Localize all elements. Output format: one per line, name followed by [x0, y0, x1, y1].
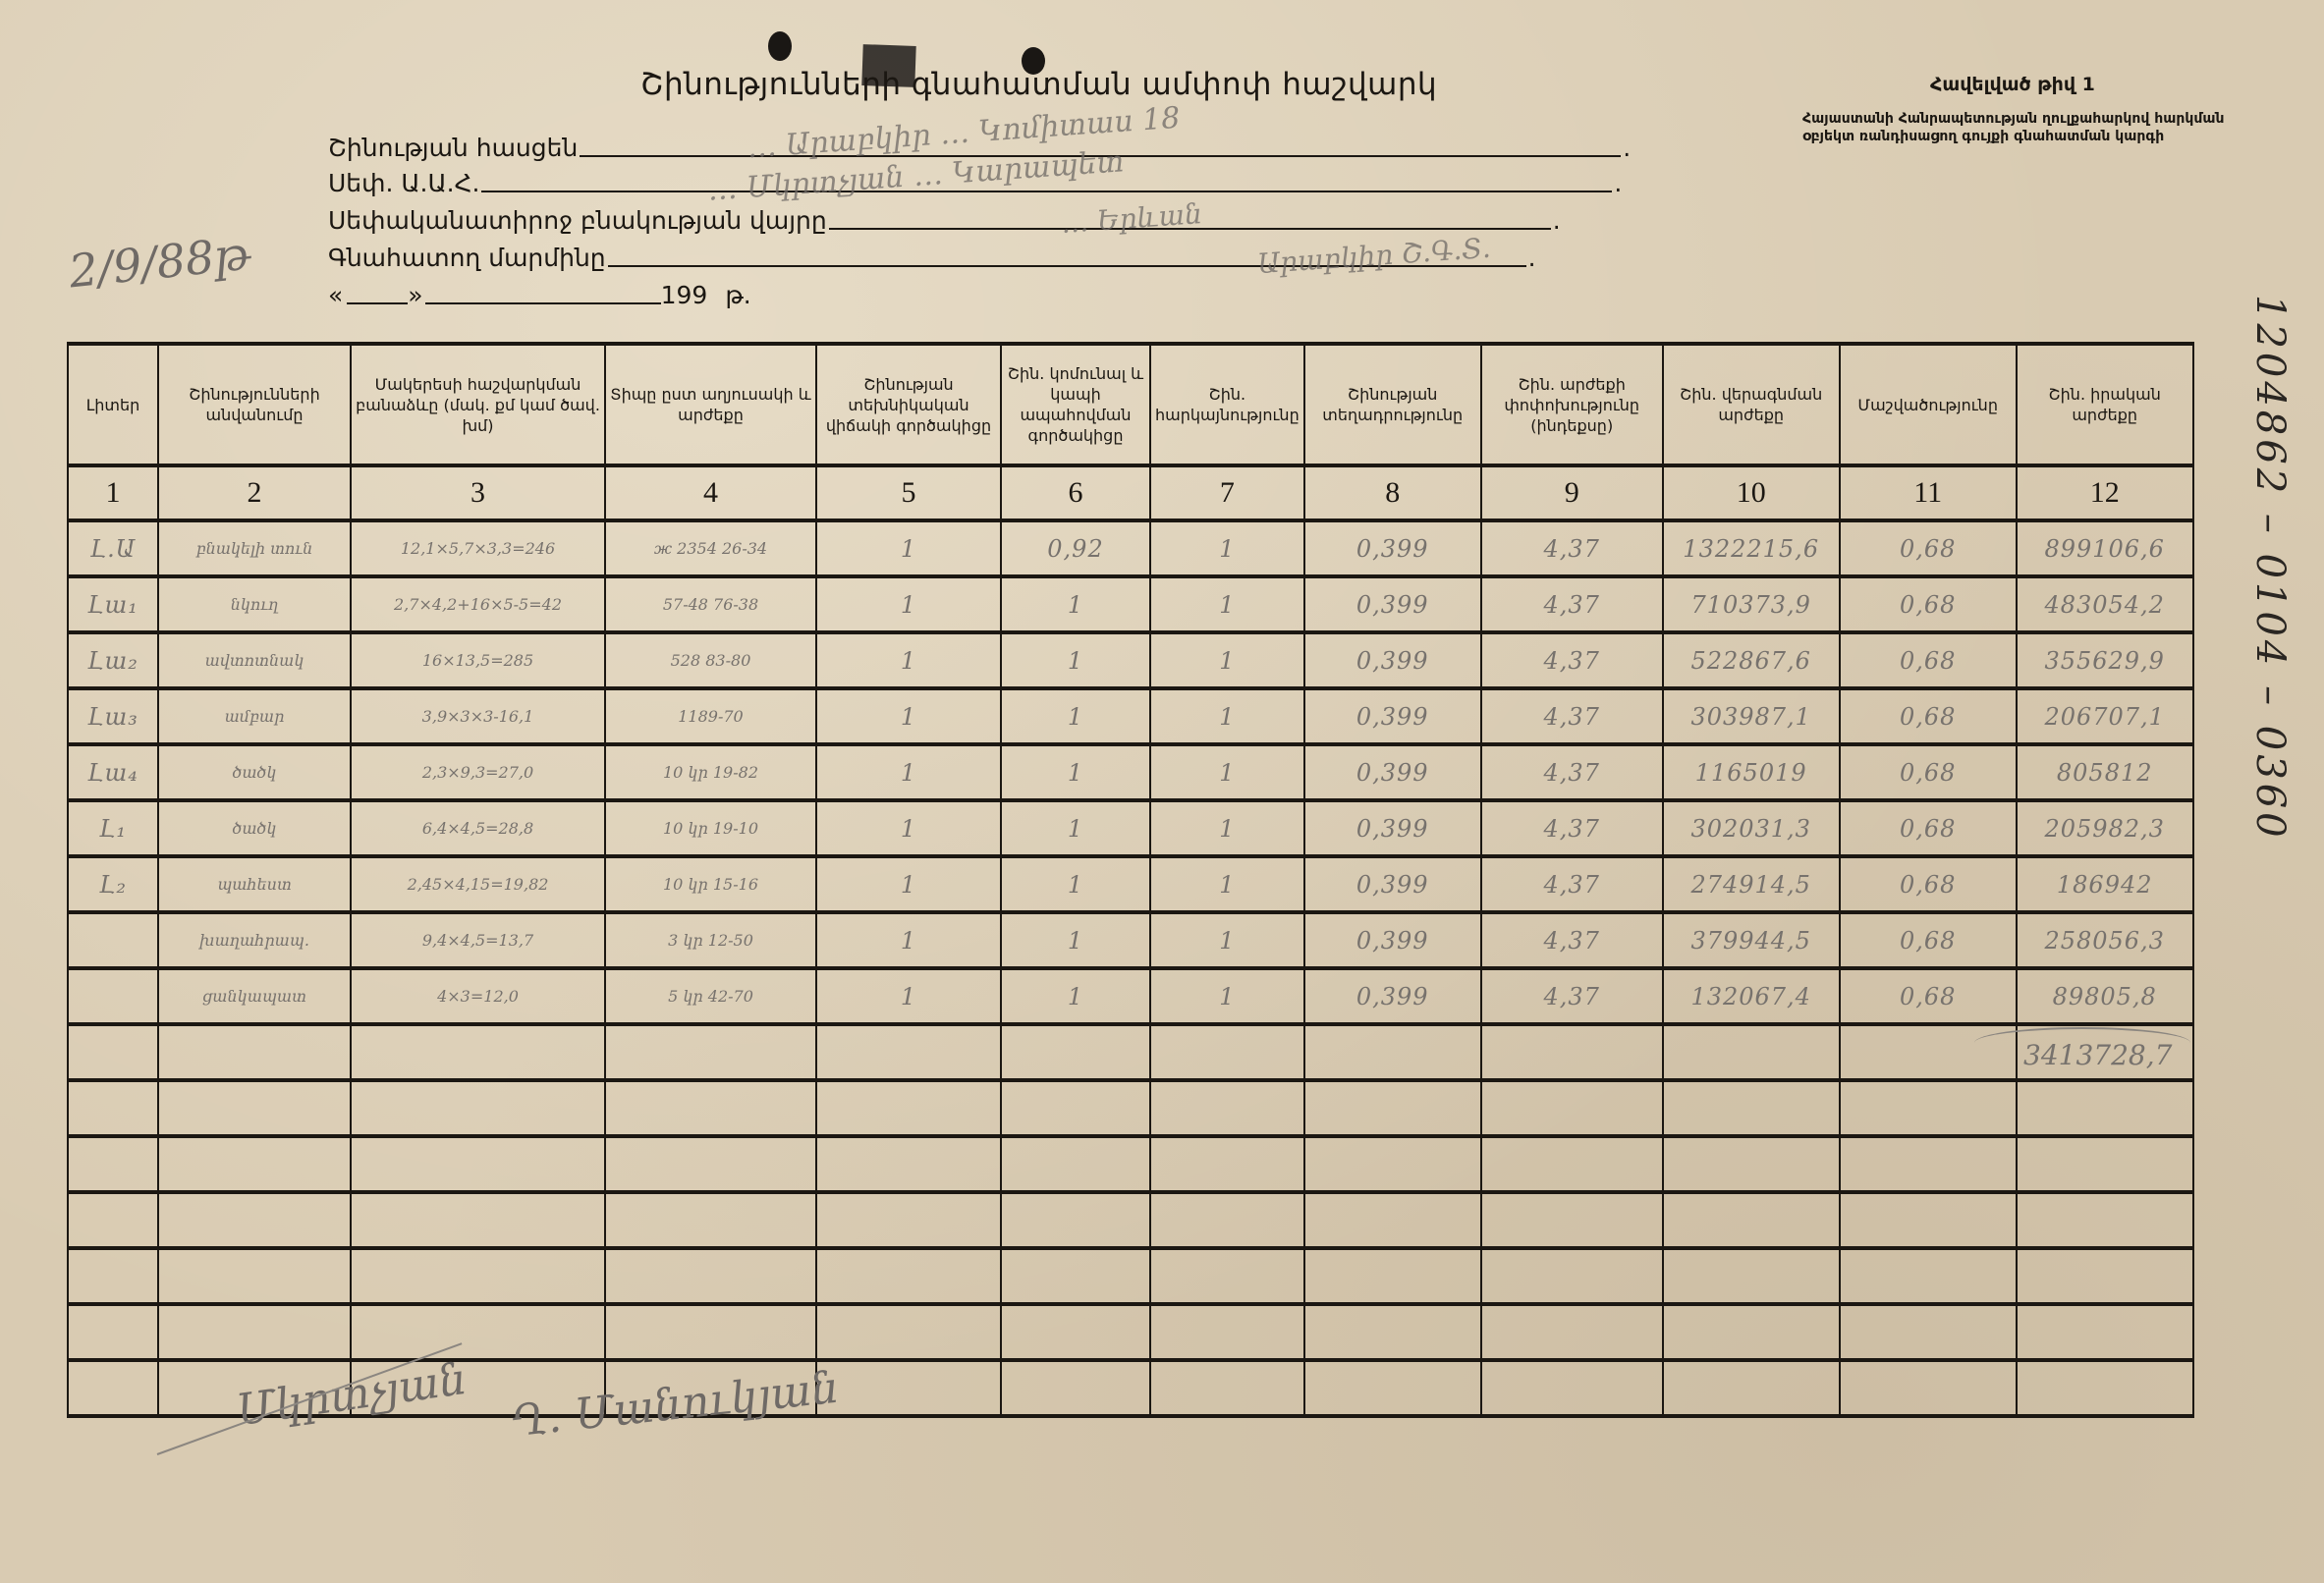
cell-type-value: 3 կր 12-50	[605, 912, 816, 968]
cell-area-formula: 2,45×4,15=19,82	[351, 856, 605, 912]
cell-depreciation: 0,68	[1840, 520, 2017, 576]
cell-replacement-value	[1663, 1024, 1840, 1080]
table-row	[68, 1024, 2193, 1080]
cell-real-value	[2017, 1192, 2193, 1248]
cell-liter: Լա₂	[68, 632, 158, 688]
cell-utilities-coef	[1001, 1192, 1150, 1248]
cell-liter	[68, 968, 158, 1024]
col-number: 12	[2017, 465, 2193, 520]
cell-depreciation: 0,68	[1840, 800, 2017, 856]
cell-location: 0,399	[1304, 688, 1481, 744]
cell-building-name	[158, 1248, 351, 1304]
cell-real-value: 258056,3	[2017, 912, 2193, 968]
cell-real-value	[2017, 1360, 2193, 1416]
cell-location: 0,399	[1304, 632, 1481, 688]
col-number: 6	[1001, 465, 1150, 520]
year-suffix: թ.	[725, 281, 750, 309]
col-number: 5	[816, 465, 1001, 520]
col-number: 3	[351, 465, 605, 520]
cell-type-value: 5 կր 42-70	[605, 968, 816, 1024]
cell-storeys: 1	[1150, 856, 1304, 912]
cell-replacement-value: 1165019	[1663, 744, 1840, 800]
side-file-number: 1204862 – 0104 – 0360	[2247, 295, 2293, 842]
cell-utilities-coef	[1001, 1024, 1150, 1080]
cell-location: 0,399	[1304, 744, 1481, 800]
cell-storeys: 1	[1150, 912, 1304, 968]
cell-real-value: 206707,1	[2017, 688, 2193, 744]
cell-area-formula: 2,7×4,2+16×5-5=42	[351, 576, 605, 632]
cell-technical-condition: 1	[816, 576, 1001, 632]
cell-type-value: 10 կր 19-10	[605, 800, 816, 856]
valuation-table: Լիտեր Շինությունների անվանումը Մակերեսի …	[67, 342, 2194, 1418]
cell-index	[1481, 1248, 1663, 1304]
cell-storeys	[1150, 1136, 1304, 1192]
cell-location	[1304, 1136, 1481, 1192]
col-header-type-value: Տիպը ըստ աղյուսակի և արժեքը	[605, 344, 816, 465]
cell-area-formula: 2,3×9,3=27,0	[351, 744, 605, 800]
cell-real-value: 899106,6	[2017, 520, 2193, 576]
col-number: 4	[605, 465, 816, 520]
cell-location	[1304, 1304, 1481, 1360]
day-line	[347, 302, 408, 304]
cell-utilities-coef	[1001, 1304, 1150, 1360]
cell-depreciation: 0,68	[1840, 856, 2017, 912]
cell-location	[1304, 1360, 1481, 1416]
cell-replacement-value	[1663, 1248, 1840, 1304]
cell-depreciation: 0,68	[1840, 632, 2017, 688]
cell-replacement-value: 132067,4	[1663, 968, 1840, 1024]
cell-replacement-value: 303987,1	[1663, 688, 1840, 744]
cell-replacement-value: 274914,5	[1663, 856, 1840, 912]
col-number: 11	[1840, 465, 2017, 520]
cell-index	[1481, 1360, 1663, 1416]
document-title: Շինությունների գնահատման ամփոփ հաշվարկ	[640, 67, 1437, 102]
col-header-real-value: Շին. իրական արժեքը	[2017, 344, 2193, 465]
cell-area-formula: 6,4×4,5=28,8	[351, 800, 605, 856]
cell-area-formula: 3,9×3×3-16,1	[351, 688, 605, 744]
cell-utilities-coef	[1001, 1360, 1150, 1416]
col-header-area-formula: Մակերեսի հաշվարկման բանաձևը (մակ. քմ կամ…	[351, 344, 605, 465]
cell-location: 0,399	[1304, 800, 1481, 856]
field-label: Շինության հասցեն	[328, 134, 578, 162]
table-row	[68, 1192, 2193, 1248]
cell-depreciation: 0,68	[1840, 744, 2017, 800]
cell-index	[1481, 1304, 1663, 1360]
cell-real-value	[2017, 1080, 2193, 1136]
margin-date: 2/9/88թ	[67, 227, 252, 299]
field-date: « » 199 թ.	[328, 281, 751, 309]
cell-index: 4,37	[1481, 800, 1663, 856]
cell-liter	[68, 1024, 158, 1080]
cell-utilities-coef: 1	[1001, 576, 1150, 632]
cell-utilities-coef	[1001, 1248, 1150, 1304]
cell-building-name	[158, 1080, 351, 1136]
cell-utilities-coef	[1001, 1136, 1150, 1192]
cell-replacement-value	[1663, 1304, 1840, 1360]
cell-depreciation: 0,68	[1840, 576, 2017, 632]
cell-type-value: 57-48 76-38	[605, 576, 816, 632]
col-header-utilities-coef: Շին. կոմունալ և կապի ապահովման գործակիցը	[1001, 344, 1150, 465]
cell-type-value	[605, 1304, 816, 1360]
cell-storeys	[1150, 1304, 1304, 1360]
cell-real-value: 805812	[2017, 744, 2193, 800]
table-row: Լա₁նկուղ2,7×4,2+16×5-5=4257-48 76-381110…	[68, 576, 2193, 632]
cell-liter	[68, 1080, 158, 1136]
cell-building-name: նկուղ	[158, 576, 351, 632]
col-header-liter: Լիտեր	[68, 344, 158, 465]
cell-building-name: խաղահրապ.	[158, 912, 351, 968]
cell-liter: Լ₁	[68, 800, 158, 856]
cell-liter: Լա₄	[68, 744, 158, 800]
cell-storeys: 1	[1150, 520, 1304, 576]
cell-building-name: ավտոտնակ	[158, 632, 351, 688]
cell-liter: Լա₁	[68, 576, 158, 632]
cell-liter	[68, 1304, 158, 1360]
cell-liter	[68, 1360, 158, 1416]
cell-replacement-value	[1663, 1192, 1840, 1248]
field-label: Սեփականատիրոջ բնակության վայրը	[328, 206, 827, 235]
cell-type-value: 528 83-80	[605, 632, 816, 688]
cell-depreciation	[1840, 1248, 2017, 1304]
cell-area-formula	[351, 1304, 605, 1360]
cell-storeys: 1	[1150, 800, 1304, 856]
cell-utilities-coef	[1001, 1080, 1150, 1136]
col-header-technical-condition: Շինության տեխնիկական վիճակի գործակիցը	[816, 344, 1001, 465]
year-prefix: 199	[661, 281, 708, 309]
cell-real-value	[2017, 1136, 2193, 1192]
cell-real-value: 205982,3	[2017, 800, 2193, 856]
table-row: ցանկապատ4×3=12,05 կր 42-701110,3994,3713…	[68, 968, 2193, 1024]
cell-depreciation: 0,68	[1840, 968, 2017, 1024]
table-row: Լա₃ամբար3,9×3×3-16,11189-701110,3994,373…	[68, 688, 2193, 744]
cell-depreciation: 0,68	[1840, 912, 2017, 968]
cell-type-value	[605, 1248, 816, 1304]
cell-liter	[68, 1248, 158, 1304]
cell-technical-condition	[816, 1304, 1001, 1360]
cell-storeys	[1150, 1360, 1304, 1416]
cell-area-formula: 16×13,5=285	[351, 632, 605, 688]
col-number: 2	[158, 465, 351, 520]
cell-type-value: 10 կր 15-16	[605, 856, 816, 912]
cell-technical-condition: 1	[816, 688, 1001, 744]
field-label: Գնահատող մարմինը	[328, 244, 606, 272]
cell-storeys	[1150, 1192, 1304, 1248]
col-header-location: Շինության տեղադրությունը	[1304, 344, 1481, 465]
cell-replacement-value	[1663, 1136, 1840, 1192]
cell-storeys: 1	[1150, 576, 1304, 632]
cell-index: 4,37	[1481, 968, 1663, 1024]
col-header-replacement-value: Շին. վերագնման արժեքը	[1663, 344, 1840, 465]
cell-replacement-value: 379944,5	[1663, 912, 1840, 968]
cell-real-value: 483054,2	[2017, 576, 2193, 632]
cell-area-formula	[351, 1136, 605, 1192]
cell-index: 4,37	[1481, 520, 1663, 576]
field-label: Սեփ. Ա.Ա.Հ.	[328, 169, 479, 197]
cell-index: 4,37	[1481, 632, 1663, 688]
month-line	[425, 302, 661, 304]
cell-utilities-coef: 1	[1001, 856, 1150, 912]
cell-index: 4,37	[1481, 912, 1663, 968]
cell-technical-condition	[816, 1248, 1001, 1304]
cell-building-name	[158, 1192, 351, 1248]
cell-building-name: բնակելի տուն	[158, 520, 351, 576]
total-real-value: 3413728,7	[2023, 1039, 2172, 1071]
cell-index: 4,37	[1481, 744, 1663, 800]
col-number: 1	[68, 465, 158, 520]
cell-replacement-value: 710373,9	[1663, 576, 1840, 632]
cell-real-value: 89805,8	[2017, 968, 2193, 1024]
cell-technical-condition: 1	[816, 520, 1001, 576]
cell-utilities-coef: 1	[1001, 912, 1150, 968]
cell-technical-condition	[816, 1080, 1001, 1136]
cell-depreciation	[1840, 1080, 2017, 1136]
cell-area-formula: 12,1×5,7×3,3=246	[351, 520, 605, 576]
col-header-depreciation: Մաշվածությունը	[1840, 344, 2017, 465]
cell-depreciation	[1840, 1304, 2017, 1360]
table-row	[68, 1304, 2193, 1360]
field-line	[481, 191, 1612, 192]
cell-index	[1481, 1080, 1663, 1136]
table-row: Լ₁ծածկ6,4×4,5=28,810 կր 19-101110,3994,3…	[68, 800, 2193, 856]
cell-liter: Լ.Ա	[68, 520, 158, 576]
cell-index: 4,37	[1481, 576, 1663, 632]
cell-area-formula: 4×3=12,0	[351, 968, 605, 1024]
cell-building-name: ծածկ	[158, 800, 351, 856]
cell-replacement-value	[1663, 1360, 1840, 1416]
cell-utilities-coef: 1	[1001, 800, 1150, 856]
cell-technical-condition	[816, 1360, 1001, 1416]
cell-index	[1481, 1024, 1663, 1080]
cell-location: 0,399	[1304, 856, 1481, 912]
field-owner-residence: Սեփականատիրոջ բնակության վայրը .	[328, 206, 1561, 235]
cell-storeys	[1150, 1024, 1304, 1080]
col-header-index: Շին. արժեքի փոփոխությունը (ինդեքսը)	[1481, 344, 1663, 465]
cell-area-formula: 9,4×4,5=13,7	[351, 912, 605, 968]
cell-location: 0,399	[1304, 576, 1481, 632]
col-number: 8	[1304, 465, 1481, 520]
cell-storeys: 1	[1150, 968, 1304, 1024]
cell-type-value	[605, 1136, 816, 1192]
cell-storeys	[1150, 1248, 1304, 1304]
cell-area-formula	[351, 1080, 605, 1136]
col-header-building-name: Շինությունների անվանումը	[158, 344, 351, 465]
cell-liter: Լա₃	[68, 688, 158, 744]
cell-storeys: 1	[1150, 688, 1304, 744]
cell-index	[1481, 1192, 1663, 1248]
cell-real-value	[2017, 1304, 2193, 1360]
cell-area-formula	[351, 1248, 605, 1304]
cell-location: 0,399	[1304, 968, 1481, 1024]
cell-replacement-value: 522867,6	[1663, 632, 1840, 688]
cell-type-value	[605, 1080, 816, 1136]
cell-technical-condition: 1	[816, 744, 1001, 800]
cell-depreciation	[1840, 1136, 2017, 1192]
cell-utilities-coef: 0,92	[1001, 520, 1150, 576]
cell-type-value: 1189-70	[605, 688, 816, 744]
cell-technical-condition	[816, 1192, 1001, 1248]
cell-liter	[68, 1136, 158, 1192]
cell-technical-condition	[816, 1024, 1001, 1080]
cell-location: 0,399	[1304, 520, 1481, 576]
cell-location	[1304, 1080, 1481, 1136]
cell-location: 0,399	[1304, 912, 1481, 968]
table-row	[68, 1136, 2193, 1192]
table-row	[68, 1080, 2193, 1136]
cell-replacement-value: 302031,3	[1663, 800, 1840, 856]
cell-technical-condition	[816, 1136, 1001, 1192]
cell-type-value: 10 կր 19-82	[605, 744, 816, 800]
cell-depreciation: 0,68	[1840, 688, 2017, 744]
cell-type-value	[605, 1024, 816, 1080]
cell-area-formula	[351, 1024, 605, 1080]
cell-technical-condition: 1	[816, 856, 1001, 912]
annex-label: Հավելված թիվ 1	[1930, 74, 2095, 95]
col-number: 9	[1481, 465, 1663, 520]
cell-location	[1304, 1192, 1481, 1248]
table-row: Լա₂ավտոտնակ16×13,5=285528 83-801110,3994…	[68, 632, 2193, 688]
cell-replacement-value: 1322215,6	[1663, 520, 1840, 576]
cell-technical-condition: 1	[816, 800, 1001, 856]
cell-index	[1481, 1136, 1663, 1192]
cell-technical-condition: 1	[816, 912, 1001, 968]
table-row: խաղահրապ.9,4×4,5=13,73 կր 12-501110,3994…	[68, 912, 2193, 968]
cell-index: 4,37	[1481, 856, 1663, 912]
cell-liter	[68, 912, 158, 968]
cell-location	[1304, 1248, 1481, 1304]
cell-building-name: ամբար	[158, 688, 351, 744]
cell-utilities-coef: 1	[1001, 968, 1150, 1024]
cell-area-formula	[351, 1192, 605, 1248]
cell-utilities-coef: 1	[1001, 744, 1150, 800]
cell-liter: Լ₂	[68, 856, 158, 912]
cell-real-value: 355629,9	[2017, 632, 2193, 688]
cell-type-value	[605, 1192, 816, 1248]
col-number: 7	[1150, 465, 1304, 520]
table-row	[68, 1248, 2193, 1304]
cell-depreciation	[1840, 1192, 2017, 1248]
cell-replacement-value	[1663, 1080, 1840, 1136]
table-row: Լա₄ծածկ2,3×9,3=27,010 կր 19-821110,3994,…	[68, 744, 2193, 800]
decree-reference: Հայաստանի Հանրապետության ղուլքահարկով հա…	[1802, 110, 2244, 145]
cell-utilities-coef: 1	[1001, 688, 1150, 744]
field-handwritten-value: Արաբկիր Շ.Գ.Տ.	[1256, 232, 1491, 281]
cell-liter	[68, 1192, 158, 1248]
cell-storeys: 1	[1150, 744, 1304, 800]
col-header-storeys: Շին. հարկայնությունը	[1150, 344, 1304, 465]
cell-building-name	[158, 1024, 351, 1080]
cell-depreciation	[1840, 1360, 2017, 1416]
cell-building-name: ծածկ	[158, 744, 351, 800]
punch-hole	[768, 31, 792, 61]
table-row: Լ₂պահեստ2,45×4,15=19,8210 կր 15-161110,3…	[68, 856, 2193, 912]
cell-storeys: 1	[1150, 632, 1304, 688]
col-number: 10	[1663, 465, 1840, 520]
cell-technical-condition: 1	[816, 968, 1001, 1024]
cell-location	[1304, 1024, 1481, 1080]
cell-real-value	[2017, 1248, 2193, 1304]
column-number-row: 1 2 3 4 5 6 7 8 9 10 11 12	[68, 465, 2193, 520]
cell-index: 4,37	[1481, 688, 1663, 744]
table-row: Լ.Աբնակելի տուն12,1×5,7×3,3=246ж 2354 26…	[68, 520, 2193, 576]
header-row: Լիտեր Շինությունների անվանումը Մակերեսի …	[68, 344, 2193, 465]
cell-utilities-coef: 1	[1001, 632, 1150, 688]
cell-technical-condition: 1	[816, 632, 1001, 688]
cell-building-name: պահեստ	[158, 856, 351, 912]
cell-building-name	[158, 1136, 351, 1192]
cell-real-value: 186942	[2017, 856, 2193, 912]
cell-building-name: ցանկապատ	[158, 968, 351, 1024]
cell-storeys	[1150, 1080, 1304, 1136]
cell-type-value: ж 2354 26-34	[605, 520, 816, 576]
cell-building-name	[158, 1304, 351, 1360]
